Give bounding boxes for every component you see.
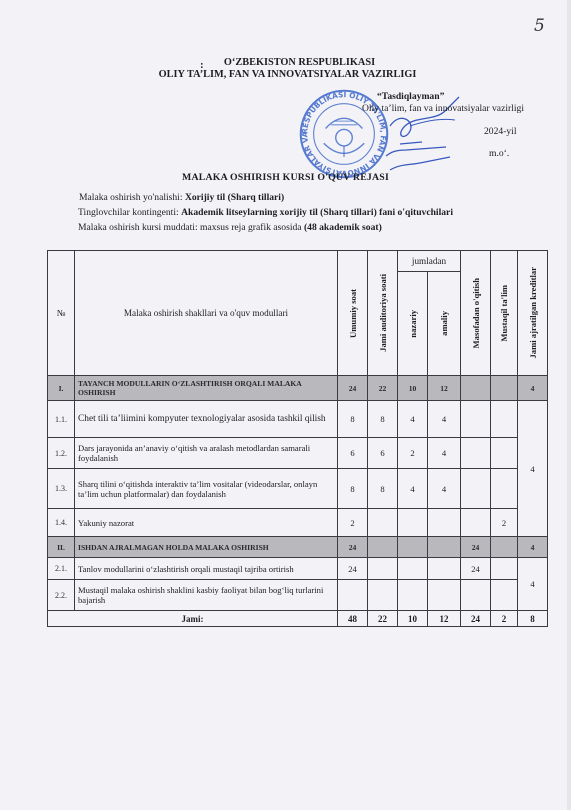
cell-theory [398,537,428,558]
cell-distance [461,509,491,537]
table-row: 1.1. Chet tili ta’liimini kompyuter texn… [48,401,548,438]
cell-independent: 2 [491,509,518,537]
approval-organization: Oliy ta’lim, fan va innovatsiyalar vazir… [362,103,524,114]
row-name: Tanlov modullarini o‘zlashtirish orqali … [75,558,338,580]
cell-independent [491,376,518,401]
cell-auditorium [368,558,398,580]
section-name: TAYANCH MODULLARIN O‘ZLASHTIRISH ORQALI … [75,376,338,401]
header-total-hours: Umumiy soat [338,251,368,376]
cell-total: 8 [338,469,368,509]
cell-credits: 4 [518,401,548,537]
cell-auditorium [368,580,398,611]
country-heading: O‘ZBEKISTON RESPUBLIKASI [14,57,571,68]
header-including: jumladan [398,251,461,272]
cell-auditorium [368,509,398,537]
cell-practice: 4 [428,401,461,438]
row-name: Dars jarayonida an’anaviy o‘qitish va ar… [75,438,338,469]
cell-distance [461,469,491,509]
approval-label: “Tasdiqlayman” [377,91,444,102]
cell-practice [428,558,461,580]
cell-distance: 24 [461,537,491,558]
document-title: MALAKA OSHIRISH KURSI O'QUV REJASI [0,172,571,183]
cell-total [338,580,368,611]
cell-credits: 8 [518,611,548,627]
contingent-value: Akademik litseylarning xorijiy til (Shar… [181,207,453,218]
cell-distance: 24 [461,611,491,627]
cell-distance [461,376,491,401]
header-no: № [48,251,75,376]
direction-line: Malaka oshirish yo'nalishi: Xorijiy til … [79,192,284,203]
row-name: Mustaqil malaka oshirish shaklini kasbiy… [75,580,338,611]
cell-auditorium: 22 [368,376,398,401]
cell-practice [428,537,461,558]
cell-credits: 4 [518,376,548,401]
cell-practice: 12 [428,376,461,401]
cell-distance: 24 [461,558,491,580]
row-no: 1.4. [48,509,75,537]
header-distance: Masofadan o'qitish [461,251,491,376]
section-no: II. [48,537,75,558]
header-practical: amaliy [428,272,461,376]
cell-practice [428,509,461,537]
cell-total: 6 [338,438,368,469]
cell-independent [491,537,518,558]
cell-credits: 4 [518,558,548,611]
duration-line: Malaka oshirish kursi muddati: maxsus re… [78,222,382,233]
cell-total: 24 [338,558,368,580]
cell-total: 8 [338,401,368,438]
cell-auditorium [368,537,398,558]
cell-practice [428,580,461,611]
row-name: Yakuniy nazorat [75,509,338,537]
cell-distance [461,401,491,438]
cell-theory: 4 [398,401,428,438]
curriculum-table: № Malaka oshirish shakllari va o'quv mod… [47,250,548,627]
cell-credits: 4 [518,537,548,558]
cell-auditorium: 22 [368,611,398,627]
row-no: 2.1. [48,558,75,580]
section-name: ISHDAN AJRALMAGAN HOLDA MALAKA OSHIRISH [75,537,338,558]
cell-theory: 10 [398,611,428,627]
total-row: Jami: 48 22 10 12 24 2 8 [48,611,548,627]
ministry-heading: OLIY TA’LIM, FAN VA INNOVATSIYALAR VAZIR… [2,69,571,80]
table-row: 1.4. Yakuniy nazorat 2 2 [48,509,548,537]
cell-auditorium: 8 [368,401,398,438]
row-no: 2.2. [48,580,75,611]
cell-theory [398,558,428,580]
cell-practice: 12 [428,611,461,627]
cell-independent [491,401,518,438]
table-row: 2.2. Mustaqil malaka oshirish shaklini k… [48,580,548,611]
row-no: 1.3. [48,469,75,509]
cell-independent [491,558,518,580]
duration-label: Malaka oshirish kursi muddati: maxsus re… [78,222,302,233]
section-no: I. [48,376,75,401]
contingent-label: Tinglovchilar kontingenti: [78,207,179,218]
cell-independent [491,469,518,509]
row-no: 1.2. [48,438,75,469]
direction-value: Xorijiy til (Sharq tillari) [185,192,284,203]
cell-total: 24 [338,537,368,558]
cell-practice: 4 [428,438,461,469]
approval-year: 2024-yil [484,126,517,137]
page-edge [567,0,571,810]
row-no: 1.1. [48,401,75,438]
table-header-row: № Malaka oshirish shakllari va o'quv mod… [48,251,548,272]
cell-practice: 4 [428,469,461,509]
section-row: I. TAYANCH MODULLARIN O‘ZLASHTIRISH ORQA… [48,376,548,401]
cell-auditorium: 8 [368,469,398,509]
cell-total: 48 [338,611,368,627]
section-row: II. ISHDAN AJRALMAGAN HOLDA MALAKA OSHIR… [48,537,548,558]
header-independent: Mustaqil ta'lim [491,251,518,376]
cell-distance [461,438,491,469]
table-row: 1.3. Sharq tilini o‘qitishda interaktiv … [48,469,548,509]
cell-independent [491,580,518,611]
cell-theory: 10 [398,376,428,401]
cell-independent [491,438,518,469]
cell-total: 24 [338,376,368,401]
cell-theory [398,509,428,537]
duration-value: (48 akademik soat) [304,222,382,233]
row-name: Chet tili ta’liimini kompyuter texnologi… [75,401,338,438]
header-credits: Jami ajratilgan kreditlar [518,251,548,376]
cell-theory: 2 [398,438,428,469]
header-theoretical: nazariy [398,272,428,376]
cell-auditorium: 6 [368,438,398,469]
cell-theory [398,580,428,611]
total-label: Jami: [48,611,338,627]
approval-suffix: m.o‘. [489,148,509,159]
cell-theory: 4 [398,469,428,509]
cell-total: 2 [338,509,368,537]
cell-independent: 2 [491,611,518,627]
cell-distance [461,580,491,611]
page-number: 5 [534,16,545,36]
table-row: 2.1. Tanlov modullarini o‘zlashtirish or… [48,558,548,580]
direction-label: Malaka oshirish yo'nalishi: [79,192,183,203]
header-name: Malaka oshirish shakllari va o'quv modul… [75,251,338,376]
table-row: 1.2. Dars jarayonida an’anaviy o‘qitish … [48,438,548,469]
header-auditorium: Jami auditoriya soati [368,251,398,376]
contingent-line: Tinglovchilar kontingenti: Akademik lits… [78,207,453,218]
row-name: Sharq tilini o‘qitishda interaktiv ta’li… [75,469,338,509]
